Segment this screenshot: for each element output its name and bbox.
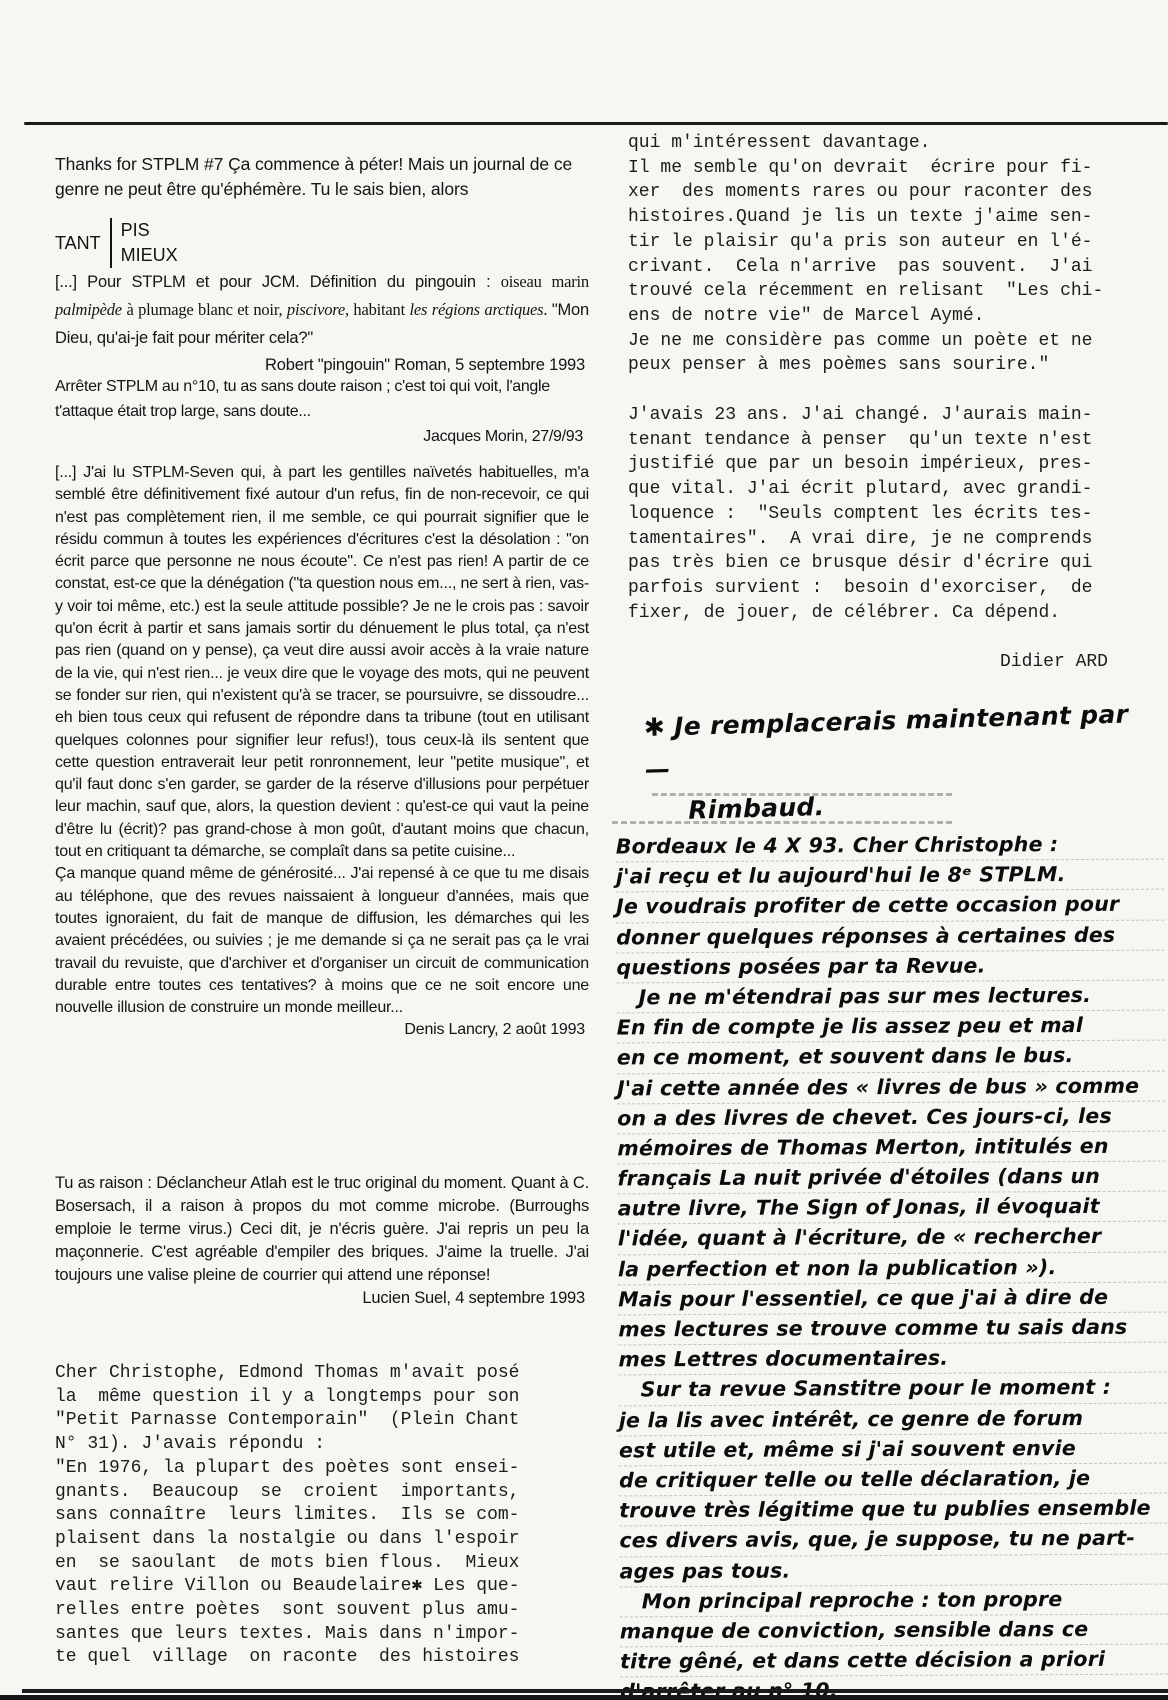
text-line: Cher Christophe, Edmond Thomas m'avait p…: [55, 1362, 595, 1386]
text-line: mes Lettres documentaires.: [618, 1343, 1166, 1376]
text-line: plaisent dans la nostalgie ou dans l'esp…: [55, 1528, 595, 1552]
text-line: "En 1976, la plupart des poètes sont ens…: [55, 1457, 595, 1481]
text-line: en se saoulant de mots bien flous. Mieux: [55, 1552, 595, 1576]
letter-lancry: [...] J'ai lu STPLM-Seven qui, à part le…: [55, 462, 589, 1042]
text-line: la même question il y a longtemps pour s…: [55, 1386, 595, 1410]
text-line: Sur ta revue Sanstitre pour le moment :: [619, 1373, 1167, 1406]
mieux-word: MIEUX: [121, 243, 178, 268]
pingouin-definition: [...] Pour STPLM et pour JCM. Définition…: [55, 268, 589, 352]
text-line: titre gêné, et dans cette décision a pri…: [620, 1645, 1168, 1678]
text-line: ens de notre vie" de Marcel Aymé.: [628, 304, 1128, 329]
tant-word: TANT: [55, 233, 101, 254]
typewritten-letter-left: Cher Christophe, Edmond Thomas m'avait p…: [55, 1362, 595, 1670]
letter-thanks-body: Thanks for STPLM #7 Ça commence à péter!…: [55, 152, 587, 202]
text-line: te quel village on raconte des histoires: [55, 1646, 595, 1670]
signature-lancry: Denis Lancry, 2 août 1993: [55, 1019, 589, 1041]
text-line: que vital. J'ai écrit plutard, avec gran…: [628, 477, 1128, 502]
text-line: tir le plaisir qu'a pris son auteur en l…: [628, 230, 1128, 255]
vertical-divider: [110, 218, 112, 268]
letter-lancry-para1: [...] J'ai lu STPLM-Seven qui, à part le…: [55, 462, 589, 863]
text-line: Je ne me considère pas comme un poète et…: [628, 329, 1128, 354]
text-line: de critiquer telle ou telle déclaration,…: [619, 1464, 1167, 1497]
text-line: gnants. Beaucoup se croient importants,: [55, 1481, 595, 1505]
text-line: questions posées par ta Revue.: [616, 950, 1164, 983]
text-line: qui m'intéressent davantage.: [628, 131, 1128, 156]
signature-morin: Jacques Morin, 27/9/93: [55, 424, 587, 449]
text-segment: .: [543, 300, 551, 319]
text-line: Mais pour l'essentiel, ce que j'ai à dir…: [618, 1282, 1166, 1315]
text-line: en ce moment, et souvent dans le bus.: [617, 1041, 1165, 1074]
text-line: Il me semble qu'on devrait écrire pour f…: [628, 156, 1128, 181]
text-line: ces divers avis, que, je suppose, tu ne …: [619, 1524, 1167, 1557]
text-line: est utile et, même si j'ai souvent envie: [619, 1433, 1167, 1466]
signature-suel: Lucien Suel, 4 septembre 1993: [55, 1287, 589, 1310]
top-rule: [24, 122, 1168, 125]
text-line: autre livre, The Sign of Jonas, il évoqu…: [618, 1192, 1166, 1225]
page-bottom-edge: [0, 1695, 1168, 1700]
text-line: ✱ Je remplacerais maintenant par—: [643, 693, 1145, 791]
letter-morin: Arrêter STPLM au n°10, tu as sans doute …: [55, 374, 587, 449]
text-line: crivant. Cela n'arrive pas souvent. J'ai: [628, 255, 1128, 280]
text-line: vaut relire Villon ou Beaudelaire✱ Les q…: [55, 1575, 595, 1599]
text-line: j'ai reçu et lu aujourd'hui le 8ᵉ STPLM.: [616, 860, 1164, 893]
text-line: En fin de compte je lis assez peu et mal: [617, 1011, 1165, 1044]
text-segment: palmipède: [55, 300, 122, 319]
text-line: mes lectures se trouve comme tu sais dan…: [618, 1313, 1166, 1346]
text-line: je la lis avec intérêt, ce genre de foru…: [619, 1403, 1167, 1436]
text-line: santes que leurs textes. Mais dans n'imp…: [55, 1623, 595, 1647]
erased-line-remnant: [612, 821, 952, 824]
letter-suel-body: Tu as raison : Déclancheur Atlah est le …: [55, 1172, 589, 1287]
text-line: mémoires de Thomas Merton, intitulés en: [617, 1131, 1165, 1164]
letter-lancry-para2: Ça manque quand même de générosité... J'…: [55, 863, 589, 1019]
signature-didier-ard: Didier ARD: [628, 652, 1108, 672]
handwritten-letter-bordeaux: Bordeaux le 4 X 93. Cher Christophe :j'a…: [616, 830, 1168, 1700]
zine-page: Thanks for STPLM #7 Ça commence à péter!…: [0, 0, 1168, 1700]
text-line: "Petit Parnasse Contemporain" (Plein Cha…: [55, 1409, 595, 1433]
text-line: Bordeaux le 4 X 93. Cher Christophe :: [616, 830, 1164, 863]
bottom-rule: [22, 1689, 1168, 1693]
text-line: tamentaires". A vrai dire, je ne compren…: [628, 527, 1128, 552]
pis-mieux-stack: PIS MIEUX: [121, 218, 178, 268]
text-line: tenant tendance à penser qu'un texte n'e…: [628, 428, 1128, 453]
letter-thanks: Thanks for STPLM #7 Ça commence à péter!…: [55, 152, 587, 202]
text-line: manque de conviction, sensible dans ce: [620, 1614, 1168, 1647]
text-line: ages pas tous.: [620, 1554, 1168, 1587]
text-line: justifié que par un besoin impérieux, pr…: [628, 452, 1128, 477]
text-line: fixer, de jouer, de célébrer. Ca dépend.: [628, 601, 1128, 626]
text-line: J'ai cette année des « livres de bus » c…: [617, 1071, 1165, 1104]
text-segment: piscivore: [287, 300, 345, 319]
text-line: sans connaître leurs limites. Ils se com…: [55, 1504, 595, 1528]
text-line: xer des moments rares ou pour raconter d…: [628, 180, 1128, 205]
text-line: la perfection et non la publication »).: [618, 1252, 1166, 1285]
pis-word: PIS: [121, 218, 178, 243]
text-line: l'idée, quant à l'écriture, de « recherc…: [618, 1222, 1166, 1255]
text-line: donner quelques réponses à certaines des: [616, 920, 1164, 953]
text-line: pas très bien ce brusque désir d'écrire …: [628, 551, 1128, 576]
letter-roman-pingouin: [...] Pour STPLM et pour JCM. Définition…: [55, 268, 589, 379]
letter-suel: Tu as raison : Déclancheur Atlah est le …: [55, 1172, 589, 1310]
text-line: histoires.Quand je lis un texte j'aime s…: [628, 205, 1128, 230]
erased-line-remnant: [652, 793, 952, 796]
text-line: trouvé cela récemment en relisant "Les c…: [628, 279, 1128, 304]
handwritten-footnote: ✱ Je remplacerais maintenant par—Rimbaud…: [643, 693, 1146, 833]
typewritten-letter-right-part1: qui m'intéressent davantage.Il me semble…: [628, 131, 1128, 378]
text-line: relles entre poètes sont souvent plus am…: [55, 1599, 595, 1623]
text-line: N° 31). J'avais répondu :: [55, 1433, 595, 1457]
letter-morin-body: Arrêter STPLM au n°10, tu as sans doute …: [55, 374, 587, 424]
text-segment: [...] Pour STPLM et pour JCM. Définition…: [55, 273, 501, 291]
text-line: Je voudrais profiter de cette occasion p…: [616, 890, 1164, 923]
text-segment: oiseau marin: [501, 272, 589, 291]
text-segment: à plumage blanc et noir,: [122, 300, 287, 319]
text-line: parfois survient : besoin d'exorciser, d…: [628, 576, 1128, 601]
text-line: on a des livres de chevet. Ces jours-ci,…: [617, 1101, 1165, 1134]
text-line: J'avais 23 ans. J'ai changé. J'aurais ma…: [628, 403, 1128, 428]
text-line: français La nuit privée d'étoiles (dans …: [617, 1162, 1165, 1195]
typewritten-letter-right-part2: J'avais 23 ans. J'ai changé. J'aurais ma…: [628, 403, 1128, 625]
text-line: Je ne m'étendrai pas sur mes lectures.: [617, 981, 1165, 1014]
text-line: trouve très légitime que tu publies ense…: [619, 1494, 1167, 1527]
text-segment: , habitant: [345, 300, 410, 319]
text-line: Mon principal reproche : ton propre: [620, 1584, 1168, 1617]
text-line: loquence : "Seuls comptent les écrits te…: [628, 502, 1128, 527]
text-segment: les régions arctiques: [410, 300, 544, 319]
text-line: peux penser à mes poèmes sans sourire.": [628, 353, 1128, 378]
tant-pis-mieux-figure: TANT PIS MIEUX: [55, 218, 178, 268]
